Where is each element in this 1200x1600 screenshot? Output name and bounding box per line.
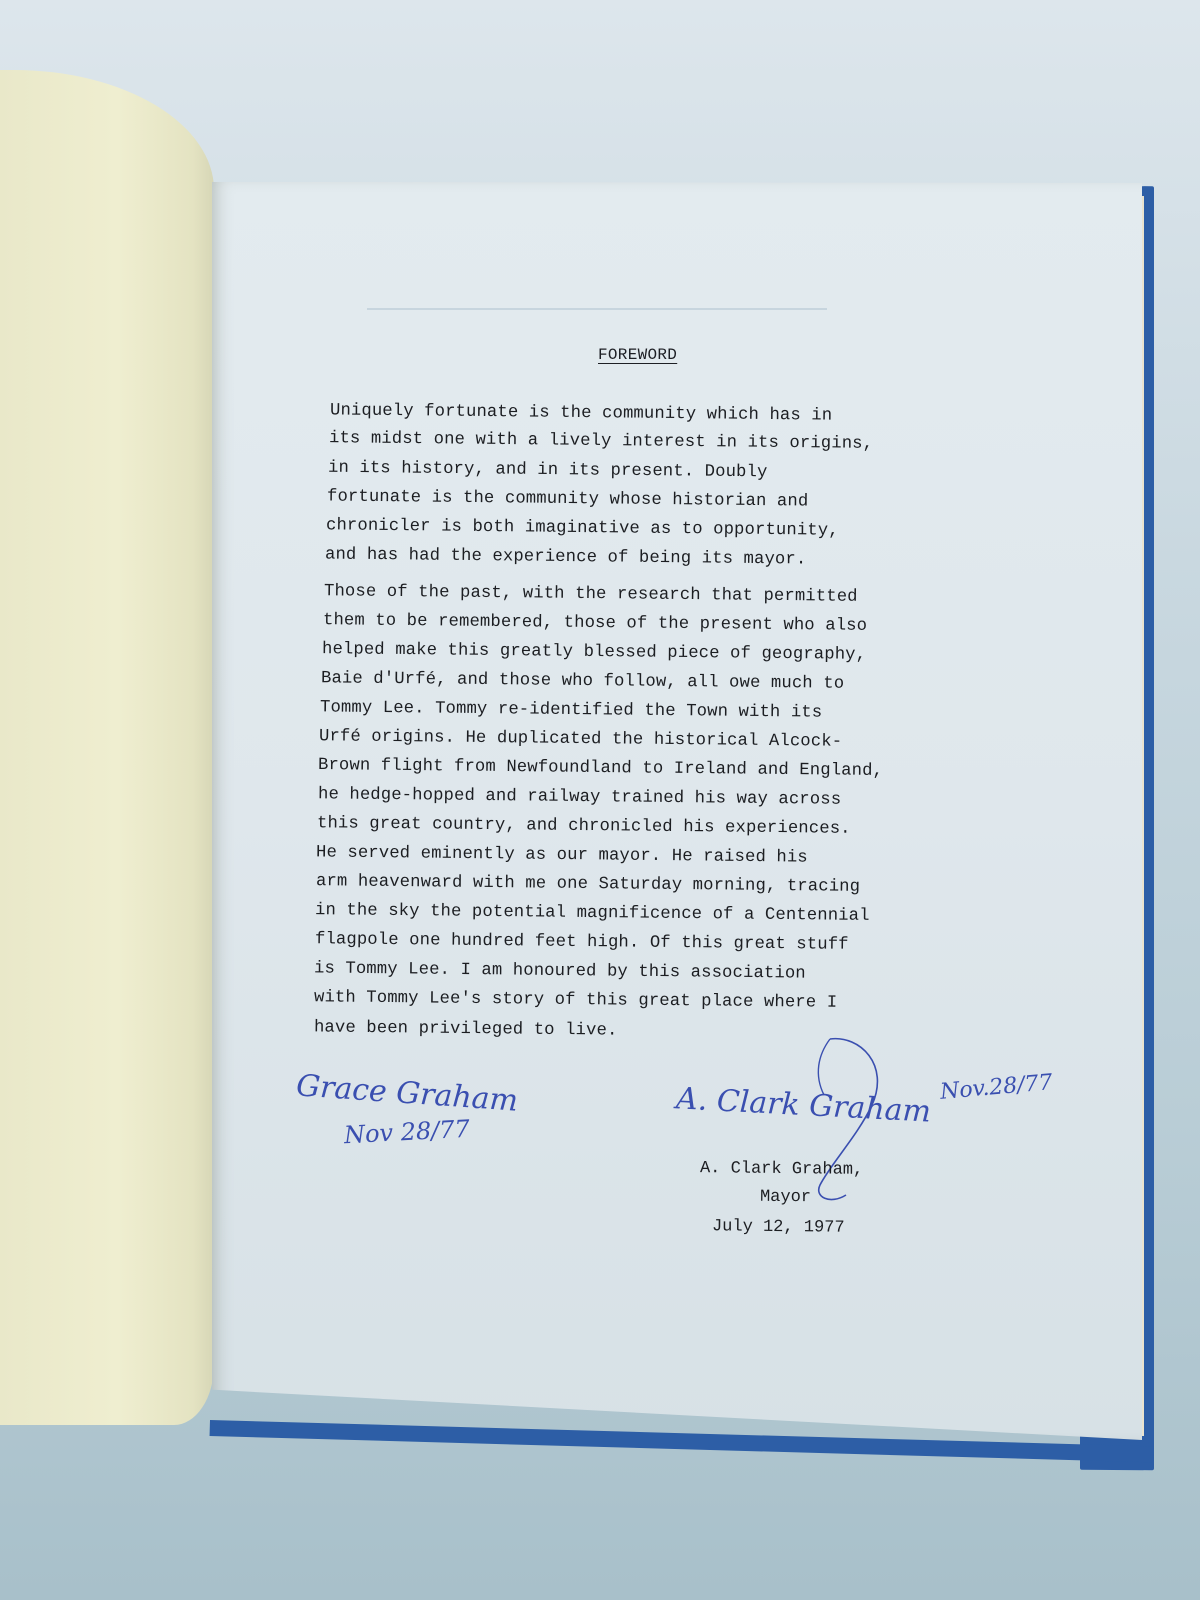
text-line: Uniquely fortunate is the community whic… — [330, 401, 832, 425]
text-line: have been privileged to live. — [314, 1018, 618, 1040]
sign-off-date: July 12, 1977 — [712, 1217, 845, 1237]
text-line: its midst one with a lively interest in … — [329, 429, 873, 454]
text-line: fortunate is the community whose histori… — [327, 487, 809, 511]
page-title: FOREWORD — [598, 346, 677, 364]
handwritten-signature-left: Grace Graham — [295, 1068, 519, 1118]
text-line: them to be remembered, those of the pres… — [323, 611, 867, 636]
text-line: flagpole one hundred feet high. Of this … — [315, 930, 849, 955]
text-line: He served eminently as our mayor. He rai… — [316, 843, 808, 867]
text-line: Brown flight from Newfoundland to Irelan… — [318, 756, 883, 781]
text-line: is Tommy Lee. I am honoured by this asso… — [314, 959, 806, 983]
text-line: Urfé origins. He duplicated the historic… — [319, 727, 842, 751]
foreword-page-content: FOREWORD Uniquely fortunate is the commu… — [0, 0, 1200, 1600]
text-line: this great country, and chronicled his e… — [317, 814, 851, 839]
text-line: Baie d'Urfé, and those who follow, all o… — [321, 669, 844, 693]
text-line: in the sky the potential magnificence of… — [315, 901, 870, 926]
text-line: Those of the past, with the research tha… — [324, 582, 858, 607]
text-line: with Tommy Lee's story of this great pla… — [314, 988, 837, 1012]
text-line: arm heavenward with me one Saturday morn… — [316, 872, 860, 897]
signatory-title: Mayor — [760, 1188, 811, 1208]
text-line: he hedge-hopped and railway trained his … — [318, 785, 841, 809]
text-line: Tommy Lee. Tommy re-identified the Town … — [320, 698, 822, 722]
text-line: and has had the experience of being its … — [325, 545, 807, 569]
text-line: chronicler is both imaginative as to opp… — [326, 516, 839, 540]
handwritten-date-right: Nov.28/77 — [939, 1070, 1053, 1105]
text-line: in its history, and in its present. Doub… — [328, 459, 768, 483]
text-line: helped make this greatly blessed piece o… — [322, 640, 866, 665]
handwritten-date-left: Nov 28/77 — [343, 1115, 470, 1150]
signatory-name: A. Clark Graham, — [700, 1159, 863, 1180]
